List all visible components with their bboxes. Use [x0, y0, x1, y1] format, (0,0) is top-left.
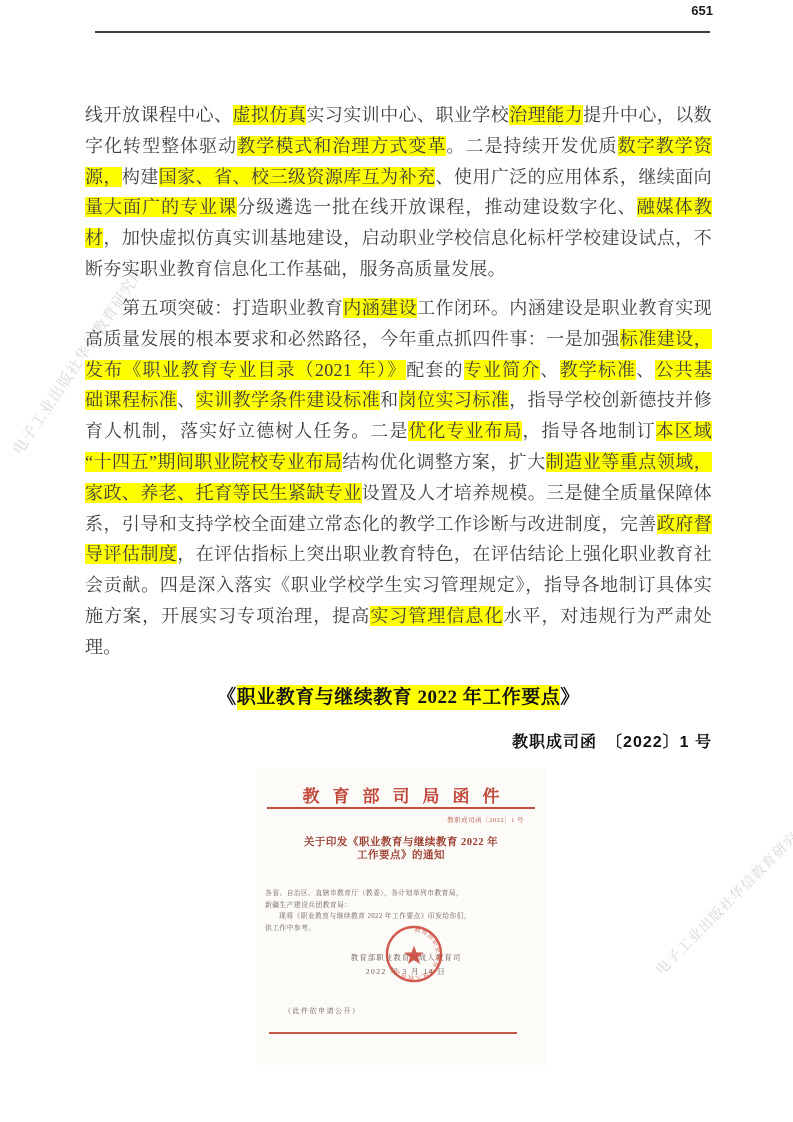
highlighted-text: 优化专业布局 [408, 421, 522, 441]
text-line: 断夯实职业教育信息化工作基础，服务高质量发展。 [85, 254, 712, 285]
letter-reference-number: 教职成司函〔2022〕1 号 [447, 815, 524, 824]
disclosure-note: （此件依申请公开） [284, 1006, 361, 1016]
plain-text: 线开放课程中心、 [85, 105, 233, 125]
letter-body-line: 新疆生产建设兵团教育局： [265, 900, 537, 912]
plain-text: 断夯实职业教育信息化工作基础，服务高质量发展。 [85, 259, 506, 279]
plain-text: 结构优化调整方案，扩大 [342, 452, 545, 472]
scanned-letter-image: 教育部司局函件 教职成司函〔2022〕1 号 关于印发《职业教育与继续教育 20… [256, 768, 546, 1065]
publisher-watermark: 电子工业出版社华信教育研究所 [651, 816, 793, 979]
notice-title-line: 关于印发《职业教育与继续教育 2022 年 [256, 836, 546, 849]
plain-text: ，在评估指标上突出职业教育特色，在评估结论上强化职业教育社 [177, 544, 712, 564]
letterhead-rule [267, 807, 535, 809]
highlighted-text: 材 [85, 228, 103, 248]
letter-body-line: 各省、自治区、直辖市教育厅（教委），各计划单列市教育局， [265, 888, 537, 900]
plain-text: 和 [380, 390, 398, 410]
heading-highlighted-text: 职业教育与继续教育 2022 年工作要点 [237, 685, 561, 710]
body-paragraph: 线开放课程中心、虚拟仿真实习实训中心、职业学校治理能力提升中心，以数字化转型整体… [85, 100, 712, 285]
text-line: 源，构建国家、省、校三级资源库互为补充、使用广泛的应用体系，继续面向 [85, 162, 712, 193]
text-line: 会贡献。四是深入落实《职业学校学生实习管理规定》，指导各地制订具体实 [85, 570, 712, 601]
heading-bracket-close: 》 [560, 687, 580, 708]
plain-text: 字化转型整体驱动 [85, 136, 237, 156]
highlighted-text: 标准建设， [620, 329, 712, 349]
highlighted-text: 数字教学资 [618, 136, 712, 156]
notice-title-line: 工作要点》的通知 [256, 849, 546, 862]
plain-text: 、使用广泛的应用体系，继续面向 [435, 167, 712, 187]
highlighted-text: 融媒体教 [637, 197, 712, 217]
text-line: 础课程标准、实训教学条件建设标准和岗位实习标准，指导学校创新德技并修 [85, 385, 712, 416]
highlighted-text: 导评估制度 [85, 544, 177, 564]
plain-text: 、 [177, 390, 195, 410]
highlighted-text: 量大面广的专业课 [85, 197, 237, 217]
text-line: “十四五”期间职业院校专业布局结构优化调整方案，扩大制造业等重点领域， [85, 447, 712, 478]
text-line: 系，引导和支持学校全面建立常态化的教学工作诊断与改进制度，完善政府督 [85, 509, 712, 540]
plain-text: 构建 [122, 167, 159, 187]
highlighted-text: 专业简介 [464, 360, 541, 380]
highlighted-text: 实训教学条件建设标准 [196, 390, 380, 410]
plain-text: ，指导学校创新德技并修 [509, 390, 712, 410]
highlighted-text: 公共基 [655, 360, 712, 380]
plain-text: 理。 [85, 637, 122, 657]
text-line: 发布《职业教育专业目录（2021 年）》配套的专业简介、教学标准、公共基 [85, 355, 712, 386]
highlighted-text: 础课程标准 [85, 390, 177, 410]
plain-text: 育人机制，落实好立德树人任务。二是 [85, 421, 408, 441]
plain-text: 实习实训中心、职业学校 [306, 105, 509, 125]
plain-text: ，指导各地制订 [522, 421, 655, 441]
highlighted-text: 发布《职业教育专业目录（2021 年）》 [85, 360, 406, 380]
plain-text: 分级遴选一批在线开放课程，推动建设数字化、 [237, 197, 636, 217]
plain-text: 设置及人才培养规模。三是健全质量保障体 [362, 483, 712, 503]
highlighted-text: 虚拟仿真 [233, 105, 307, 125]
text-line: 线开放课程中心、虚拟仿真实习实训中心、职业学校治理能力提升中心，以数 [85, 100, 712, 131]
plain-text: 会贡献。四是深入落实《职业学校学生实习管理规定》，指导各地制订具体实 [85, 575, 712, 595]
highlighted-text: 国家、省、校三级资源库互为补充 [159, 167, 436, 187]
highlighted-text: 教学标准 [560, 360, 637, 380]
text-line: 字化转型整体驱动教学模式和治理方式变革。二是持续开发优质数字教学资 [85, 131, 712, 162]
highlighted-text: 政府督 [657, 514, 712, 534]
plain-text: 提升中心，以数 [583, 105, 712, 125]
plain-text: 配套的 [406, 360, 463, 380]
notice-title: 关于印发《职业教育与继续教育 2022 年 工作要点》的通知 [256, 836, 546, 862]
highlighted-text: 治理能力 [509, 105, 583, 125]
highlighted-text: 制造业等重点领域， [546, 452, 712, 472]
header-rule [95, 31, 710, 33]
letterhead-title: 教育部司局函件 [256, 782, 546, 807]
plain-text: 工作闭环。内涵建设是职业教育实现 [417, 298, 712, 318]
highlighted-text: 内涵建设 [343, 298, 417, 318]
highlighted-text: 岗位实习标准 [399, 390, 510, 410]
text-line: 导评估制度，在评估指标上突出职业教育特色，在评估结论上强化职业教育社 [85, 539, 712, 570]
text-line: 育人机制，落实好立德树人任务。二是优化专业布局，指导各地制订本区域 [85, 416, 712, 447]
highlighted-text: 本区域 [656, 421, 712, 441]
page-number: 651 [691, 3, 713, 18]
highlighted-text: “十四五”期间职业院校专业布局 [85, 452, 342, 472]
plain-text: 第五项突破：打造职业教育 [122, 298, 343, 318]
text-line: 施方案，开展实习专项治理，提高实习管理信息化水平，对违规行为严肃处 [85, 601, 712, 632]
text-line: 第五项突破：打造职业教育内涵建设工作闭环。内涵建设是职业教育实现 [85, 293, 712, 324]
body-paragraph: 第五项突破：打造职业教育内涵建设工作闭环。内涵建设是职业教育实现高质量发展的根本… [85, 293, 712, 663]
plain-text: 高质量发展的根本要求和必然路径，今年重点抓四件事：一是加强 [85, 329, 620, 349]
document-page: 651 电子工业出版社华信教育研究所 电子工业出版社华信教育研究所 线开放课程中… [0, 0, 793, 1122]
highlighted-text: 教学模式和治理方式变革 [237, 136, 446, 156]
text-line: 量大面广的专业课分级遴选一批在线开放课程，推动建设数字化、融媒体教 [85, 192, 712, 223]
official-seal-icon: 教育部职业教育与成人教育司 [384, 924, 444, 984]
highlighted-text: 家政、养老、托育等民生紧缺专业 [85, 483, 362, 503]
plain-text: 。二是持续开发优质 [446, 136, 617, 156]
letter-body-line: 现将《职业教育与继续教育 2022 年工作要点》印发给你们， [265, 911, 537, 923]
text-line: 材，加快虚拟仿真实训基地建设，启动职业学校信息化标杆学校建设试点，不 [85, 223, 712, 254]
text-line: 理。 [85, 632, 712, 663]
plain-text: ，加快虚拟仿真实训基地建设，启动职业学校信息化标杆学校建设试点，不 [103, 228, 712, 248]
plain-text: 、 [540, 360, 559, 380]
document-heading: 《职业教育与继续教育 2022 年工作要点》 [85, 682, 712, 709]
text-line: 高质量发展的根本要求和必然路径，今年重点抓四件事：一是加强标准建设， [85, 324, 712, 355]
plain-text: 系，引导和支持学校全面建立常态化的教学工作诊断与改进制度，完善 [85, 514, 657, 534]
highlighted-text: 实习管理信息化 [370, 606, 503, 626]
letter-bottom-rule [269, 1032, 517, 1034]
document-reference-number: 教职成司函 〔2022〕1 号 [85, 729, 712, 752]
plain-text: 、 [636, 360, 655, 380]
highlighted-text: 源， [85, 167, 122, 187]
plain-text: 水平，对违规行为严肃处 [503, 606, 712, 626]
text-line: 家政、养老、托育等民生紧缺专业设置及人才培养规模。三是健全质量保障体 [85, 478, 712, 509]
plain-text: 施方案，开展实习专项治理，提高 [85, 606, 370, 626]
heading-bracket-open: 《 [217, 687, 237, 708]
